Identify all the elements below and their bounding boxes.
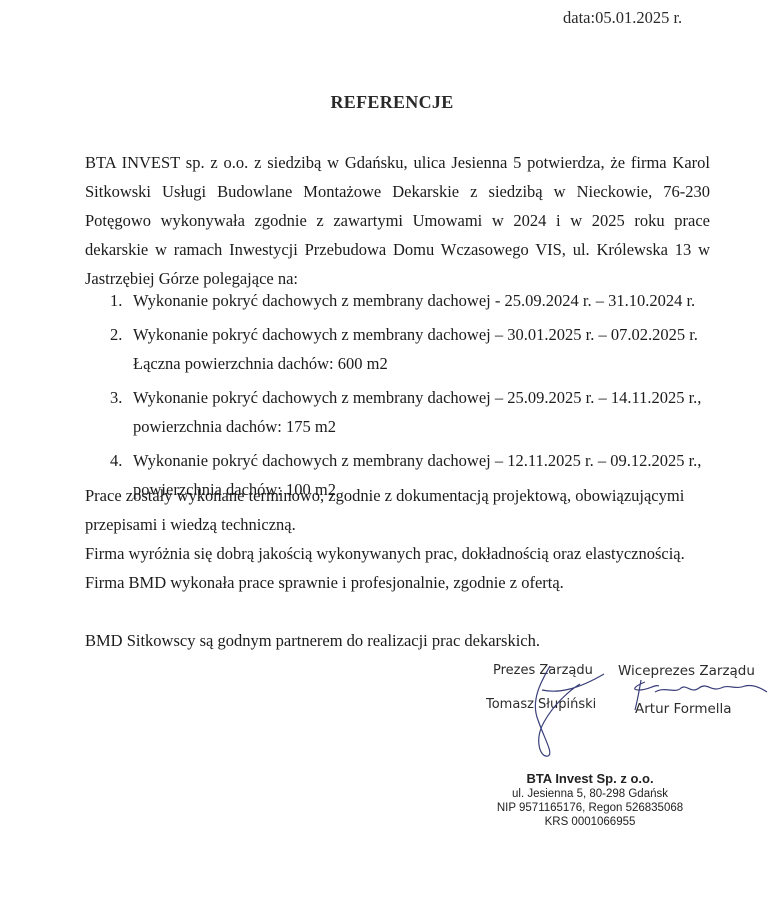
signatory-2-name: Artur Formella: [635, 701, 732, 717]
stamp-krs: KRS 0001066955: [470, 815, 710, 829]
intro-paragraph: BTA INVEST sp. z o.o. z siedzibą w Gdańs…: [85, 148, 710, 293]
final-statement: BMD Sitkowscy są godnym partnerem do rea…: [85, 626, 725, 655]
list-item-area: powierzchnia dachów: 175 m2: [133, 412, 710, 441]
list-item-area: Łączna powierzchnia dachów: 600 m2: [133, 349, 710, 378]
closing-section: Prace zostały wykonane terminowo, zgodni…: [85, 481, 725, 655]
list-item-text: Wykonanie pokryć dachowych z membrany da…: [133, 291, 695, 310]
document-title: REFERENCJE: [0, 92, 784, 113]
signatory-2-role: Wiceprezes Zarządu: [618, 663, 755, 679]
company-stamp: BTA Invest Sp. z o.o. ul. Jesienna 5, 80…: [470, 771, 710, 829]
list-item-number: 4.: [110, 446, 122, 475]
list-item-text: Wykonanie pokryć dachowych z membrany da…: [133, 388, 701, 407]
list-item-number: 3.: [110, 383, 122, 412]
work-items-list: 1. Wykonanie pokryć dachowych z membrany…: [85, 286, 710, 509]
signatory-1-role: Prezes Zarządu: [493, 663, 593, 678]
list-item-number: 1.: [110, 286, 122, 315]
closing-line: przepisami i wiedzą techniczną.: [85, 510, 725, 539]
list-item-text: Wykonanie pokryć dachowych z membrany da…: [133, 325, 698, 344]
list-item: 3. Wykonanie pokryć dachowych z membrany…: [85, 383, 710, 441]
stamp-address: ul. Jesienna 5, 80-298 Gdańsk: [470, 787, 710, 801]
list-item-text: Wykonanie pokryć dachowych z membrany da…: [133, 451, 701, 470]
closing-line: Prace zostały wykonane terminowo, zgodni…: [85, 481, 725, 510]
signatory-1-name: Tomasz Słupiński: [486, 697, 596, 712]
list-item: 1. Wykonanie pokryć dachowych z membrany…: [85, 286, 710, 315]
list-item-number: 2.: [110, 320, 122, 349]
list-item: 2. Wykonanie pokryć dachowych z membrany…: [85, 320, 710, 378]
stamp-ids: NIP 9571165176, Regon 526835068: [470, 801, 710, 815]
closing-line: Firma wyróżnia się dobrą jakością wykony…: [85, 539, 725, 568]
document-date: data:05.01.2025 r.: [563, 8, 682, 28]
stamp-company-name: BTA Invest Sp. z o.o.: [470, 771, 710, 787]
closing-line: Firma BMD wykonała prace sprawnie i prof…: [85, 568, 725, 597]
